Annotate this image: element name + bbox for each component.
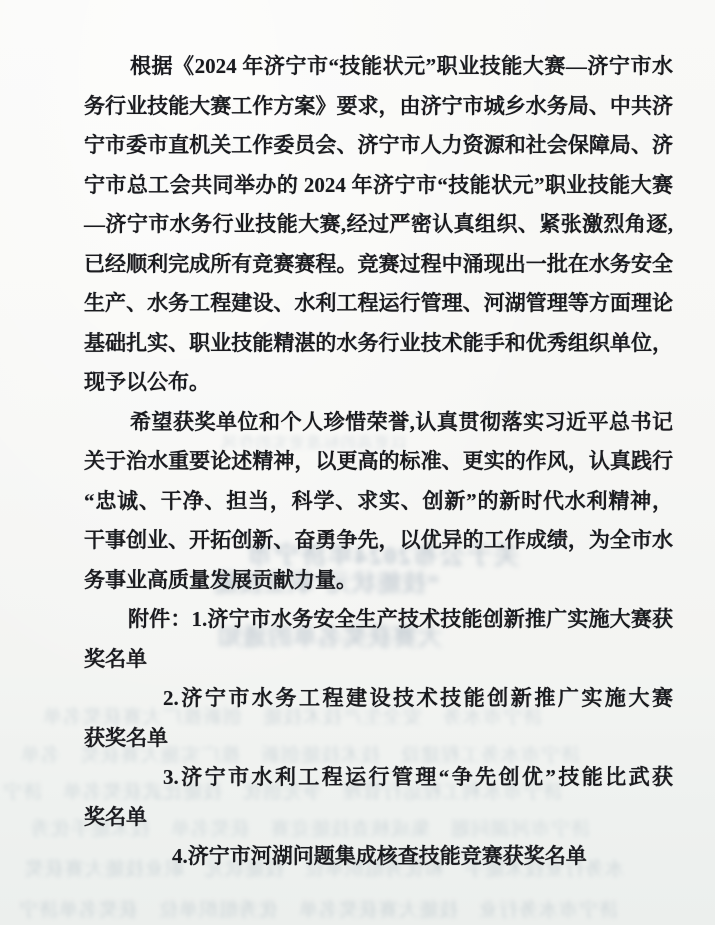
bleedthrough-line: 济宁市水务行业 技能大赛获奖名单 优秀组织单位 获奖名单济宁 <box>18 895 618 922</box>
text-block: 根据《2024 年济宁市“技能状元”职业技能大赛—济宁市水务行业技能大赛工作方案… <box>84 47 673 877</box>
text-line: 奖名单 <box>84 798 673 838</box>
text-line: 希望获奖单位和个人珍惜荣誉,认真贯彻落实习近平总书记 <box>84 403 673 443</box>
text-line: 生产、水务工程建设、水利工程运行管理、河湖管理等方面理论 <box>84 284 673 324</box>
text-line: 已经顺利完成所有竞赛赛程。竞赛过程中涌现出一批在水务安全 <box>84 245 673 285</box>
text-line: 现予以公布。 <box>84 363 673 403</box>
text-line: “忠诚、干净、担当，科学、求实、创新”的新时代水利精神， <box>84 482 673 522</box>
scanned-document-page: 关于公布2024年济宁市“技能状元”职业技能大赛获奖名单的通知以更高的标准更实的… <box>0 0 715 925</box>
text-line: 务事业高质量发展贡献力量。 <box>84 561 673 601</box>
text-line: —济宁市水务行业技能大赛,经过严密认真组织、紧张激烈角逐, <box>84 205 673 245</box>
text-line: 关于治水重要论述精神，以更高的标准、更实的作风，认真践行 <box>84 442 673 482</box>
text-line: 4.济宁市河湖问题集成核查技能竞赛获奖名单 <box>84 837 673 877</box>
text-line: 宁市总工会共同举办的 2024 年济宁市“技能状元”职业技能大赛 <box>84 166 673 206</box>
text-line: 基础扎实、职业技能精湛的水务行业技术能手和优秀组织单位， <box>84 324 673 364</box>
text-line: 奖名单 <box>84 640 673 680</box>
text-line: 宁市委市直机关工作委员会、济宁市人力资源和社会保障局、济 <box>84 126 673 166</box>
text-line: 获奖名单 <box>84 719 673 759</box>
text-line: 附件：1.济宁市水务安全生产技术技能创新推广实施大赛获 <box>84 600 673 640</box>
text-line: 2.济宁市水务工程建设技术技能创新推广实施大赛 <box>84 679 673 719</box>
text-line: 务行业技能大赛工作方案》要求，由济宁市城乡水务局、中共济 <box>84 87 673 127</box>
text-line: 干事创业、开拓创新、奋勇争先，以优异的工作成绩，为全市水 <box>84 521 673 561</box>
text-line: 根据《2024 年济宁市“技能状元”职业技能大赛—济宁市水 <box>84 47 673 87</box>
text-line: 3.济宁市水利工程运行管理“争先创优”技能比武获 <box>84 758 673 798</box>
